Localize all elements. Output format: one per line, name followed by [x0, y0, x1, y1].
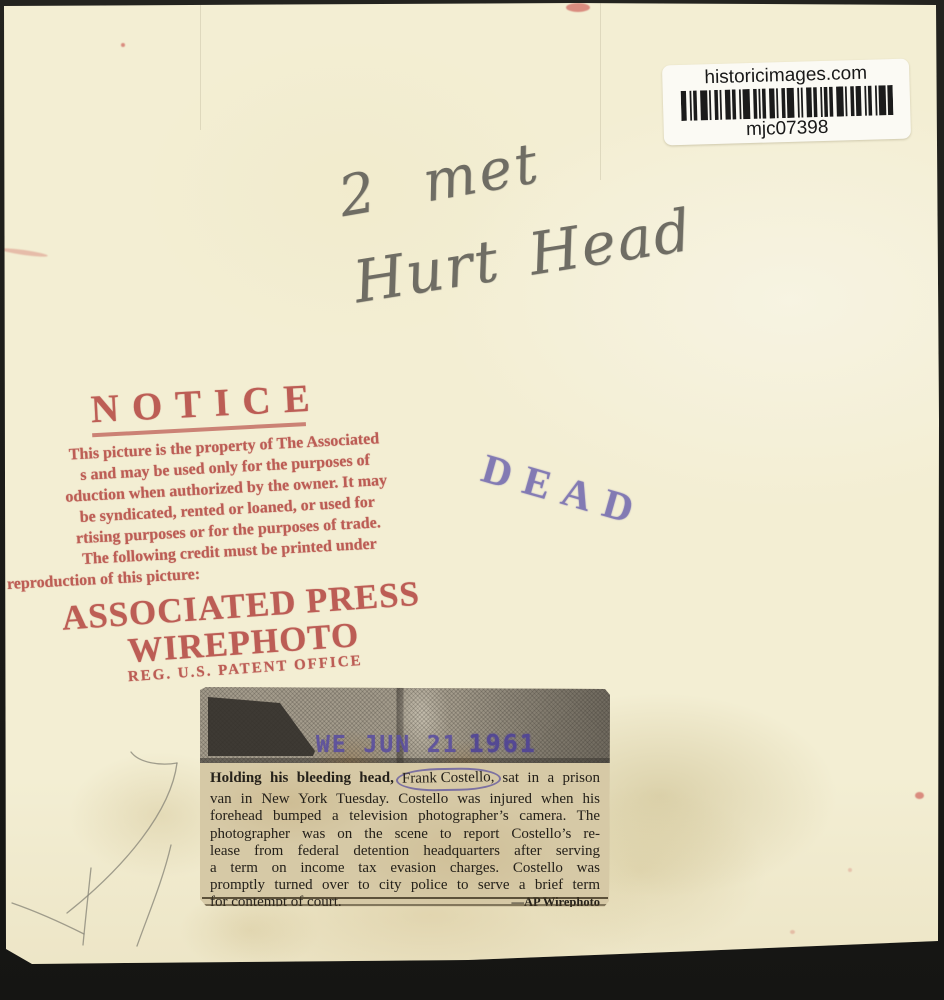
red-ink-smudge — [566, 3, 590, 12]
paper-crease — [600, 0, 601, 180]
clipping-caption: Holding his bleeding head,Frank Costello… — [200, 763, 610, 907]
caption-line: a term on income tax evasion charges. Co… — [210, 860, 600, 877]
dead-stamp: DEAD — [477, 444, 652, 536]
clipping-bottom-rule — [202, 897, 608, 906]
archive-barcode-label: historicimages.com mjc07398 — [662, 59, 911, 146]
ap-wirephoto-credit-stamp: ASSOCIATED PRESS WIREPHOTO REG. U.S. PAT… — [58, 575, 427, 691]
red-ink-dot — [121, 43, 125, 47]
caption-line: Holding his bleeding head,Frank Costello… — [210, 768, 600, 791]
red-ink-dot — [848, 868, 852, 872]
barcode-icon — [680, 85, 893, 121]
received-date-stamp: WE JUN 211961 — [316, 729, 537, 758]
caption-bold-lead: Holding his bleeding head, — [210, 770, 394, 786]
caption-line: forehead bumped a television photographe… — [210, 808, 600, 825]
caption-line: van in New York Tuesday. Costello was in… — [210, 791, 600, 808]
red-ink-smudge — [0, 247, 48, 259]
notice-stamp-title: NOTICE — [90, 379, 306, 437]
ap-notice-stamp: NOTICE This picture is the property of T… — [0, 371, 470, 596]
caption-line: promptly turned over to city police to s… — [210, 877, 600, 894]
red-ink-dot — [915, 792, 924, 799]
paper-crease — [200, 0, 201, 130]
date-stamp-day: WE JUN 21 — [316, 732, 459, 758]
red-ink-dot — [790, 930, 795, 934]
date-stamp-year: 1961 — [469, 729, 537, 758]
handwritten-annotation-line1: 2 met — [334, 131, 545, 230]
clipping-photo-fragment: WE JUN 211961 — [200, 687, 610, 763]
caption-line: photographer was on the scene to report … — [210, 826, 600, 843]
caption-line1-rest: sat in a prison — [502, 770, 600, 786]
circled-name: Frank Costello, — [396, 767, 501, 792]
caption-line: lease from federal detention headquarter… — [210, 843, 600, 860]
scanned-photo-verso: 2 met Hurt Head NOTICE This picture is t… — [0, 0, 944, 1000]
newspaper-clipping: WE JUN 211961 Holding his bleeding head,… — [200, 687, 610, 907]
